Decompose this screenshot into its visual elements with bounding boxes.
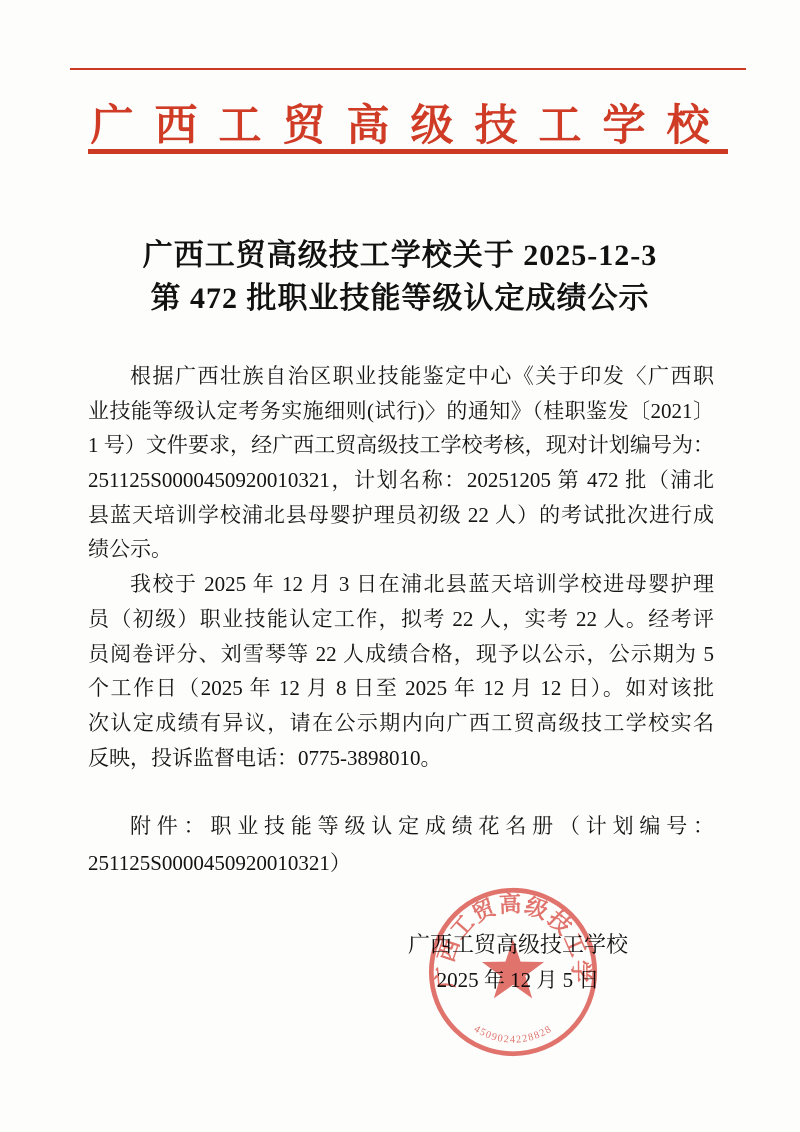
attachment-note: 附件：职业技能等级认定成绩花名册（计划编号： 251125S0000450920… [88,808,714,882]
attachment-line: 附件：职业技能等级认定成绩花名册（计划编号： [88,808,714,845]
paragraph1-line: 县蓝天培训学校浦北县母婴护理员初级 22 人）的考试批次进行成 [88,498,714,533]
letterhead-rule-thick [88,149,728,154]
paragraph1-line: 251125S0000450920010321，计划名称：20251205 第 … [88,463,714,498]
paragraph1-line: 绩公示。 [88,532,714,567]
paragraph2-line: 反映，投诉监督电话：0775-3898010。 [88,741,714,776]
letterhead-rule-thin [70,68,746,70]
paragraph2-line: 我校于 2025 年 12 月 3 日在浦北县蓝天培训学校进母婴护理 [88,567,714,602]
attachment-line: 251125S0000450920010321） [88,845,714,882]
paragraph1-line: 1 号）文件要求，经广西工贸高级技工学校考核，现对计划编号为： [88,428,714,463]
paragraph2-line: 个工作日（2025 年 12 月 8 日至 2025 年 12 月 12 日）。… [88,671,714,706]
document-page: 广西工贸高级技工学校 广西工贸高级技工学校关于 2025-12-3 第 472 … [0,0,800,1132]
paragraph2-line: 员阅卷评分、刘雪琴等 22 人成绩合格，现予以公示，公示期为 5 [88,637,714,672]
paragraph1-line: 业技能等级认定考务实施细则(试行)〉的通知》（桂职鉴发〔2021〕 [88,394,714,429]
document-title: 广西工贸高级技工学校关于 2025-12-3 第 472 批职业技能等级认定成绩… [40,234,760,320]
paragraph2-line: 次认定成绩有异议，请在公示期内向广西工贸高级技工学校实名 [88,706,714,741]
document-title-line1: 广西工贸高级技工学校关于 2025-12-3 [40,234,760,277]
paragraph2-line: 员（初级）职业技能认定工作，拟考 22 人，实考 22 人。经考评 [88,602,714,637]
document-title-line2: 第 472 批职业技能等级认定成绩公示 [40,277,760,320]
signature-org: 广西工贸高级技工学校 [398,928,638,959]
letterhead-school-name: 广西工贸高级技工学校 [0,92,800,153]
signature-date: 2025 年 12 月 5 日 [398,964,638,994]
paragraph1-line: 根据广西壮族自治区职业技能鉴定中心《关于印发〈广西职 [88,359,714,394]
seal-serial-number: 4509024228828 [472,1024,554,1046]
body-text: 根据广西壮族自治区职业技能鉴定中心《关于印发〈广西职 业技能等级认定考务实施细则… [88,359,714,775]
